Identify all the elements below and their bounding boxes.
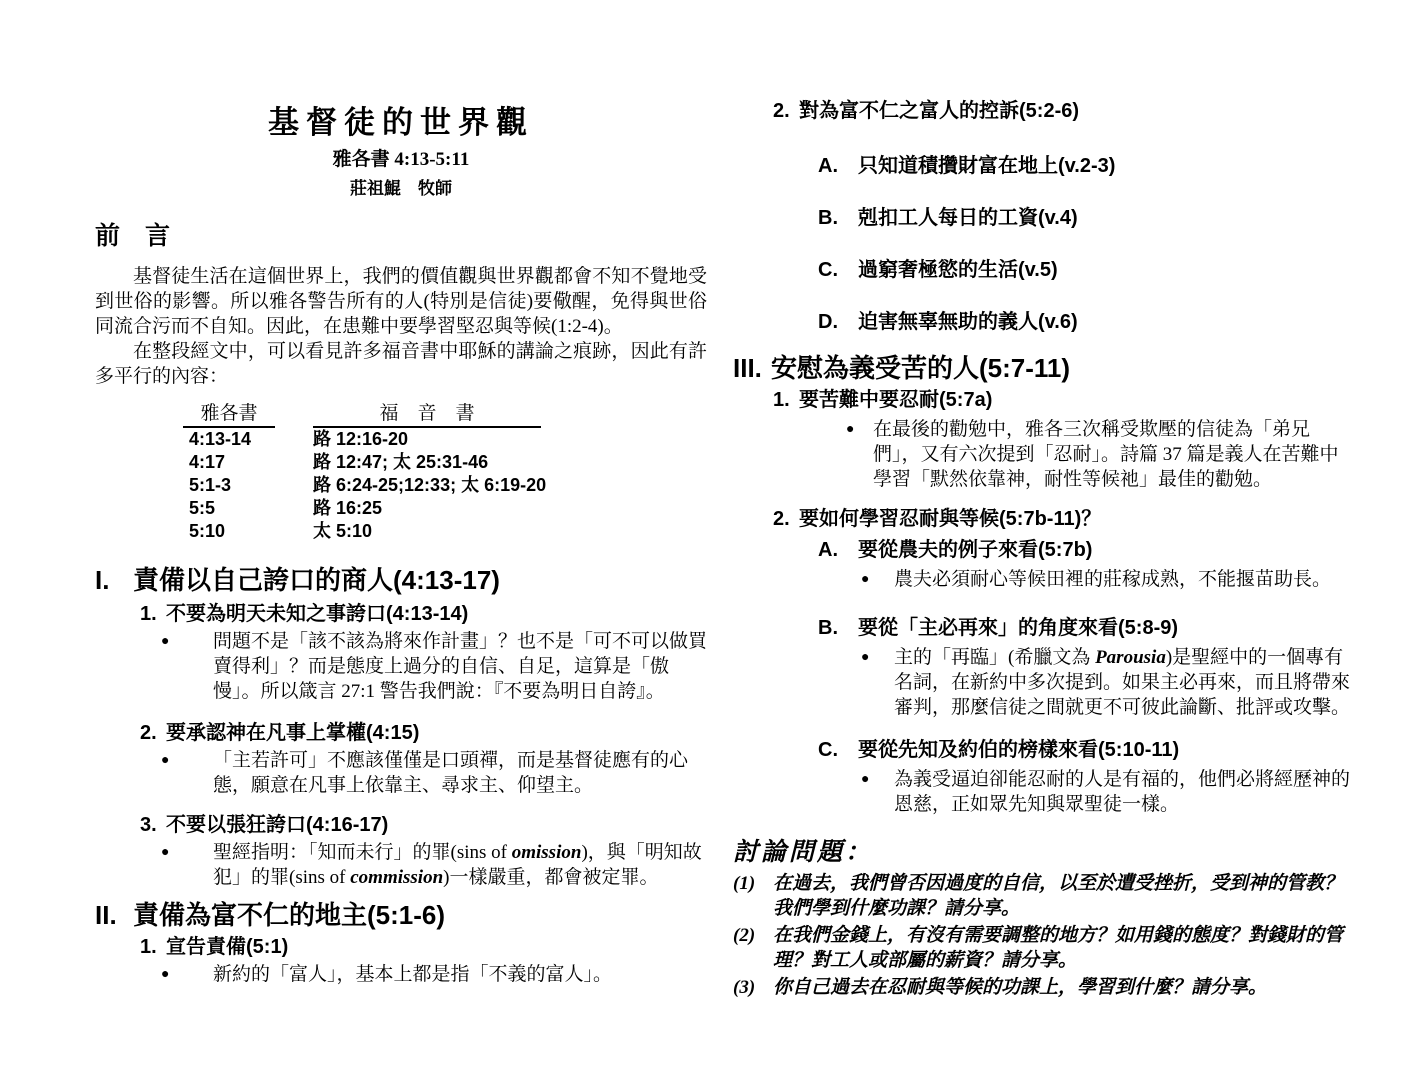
letter-label: C.: [818, 738, 858, 763]
gospel-ref: 路 12:47; 太 25:31-46: [313, 451, 553, 474]
letter-label: B.: [818, 206, 858, 231]
table-row: 4:13-14 路 12:16-20: [183, 428, 707, 451]
item-number: 1.: [140, 934, 166, 960]
section-3-title: 安慰為義受苦的人(5:7-11): [771, 353, 1070, 383]
bullet-text: 聖經指明：「知而未行」的罪(sins of omission)，與「明知故犯」的…: [213, 840, 707, 890]
item-title: 要承認神在凡事上掌權(4:15): [166, 720, 419, 746]
section-1-item-3-heading: 3. 不要以張狂誇口(4:16-17): [140, 812, 707, 838]
text-segment: 主的「再臨」(希臘文為: [894, 647, 1095, 668]
bullet-text: 農夫必須耐心等候田裡的莊稼成熟，不能揠苗助長。: [894, 567, 1351, 592]
accusation-item-d: D. 迫害無辜無助的義人(v.6): [818, 310, 1351, 335]
table-header-gospels: 福 音 書: [313, 403, 541, 428]
discussion-question-3: (3) 你自己過去在忍耐與等候的功課上，學習到什麼？請分享。: [733, 975, 1351, 1000]
item-title: 要如何學習忍耐與等候(5:7b-11)？: [799, 506, 1101, 532]
table-row: 5:10 太 5:10: [183, 520, 707, 543]
text-segment: )一樣嚴重，都會被定罪。: [443, 867, 658, 888]
discussion-question-2: (2) 在我們金錢上，有沒有需要調整的地方？如用錢的態度？對錢財的管理？對工人或…: [733, 923, 1351, 973]
table-row: 5:1-3 路 6:24-25;12:33; 太 6:19-20: [183, 474, 707, 497]
title-block: 基督徒的世界觀 雅各書 4:13-5:11 莊祖鯤 牧師: [95, 102, 707, 200]
section-1-item-2-heading: 2. 要承認神在凡事上掌權(4:15): [140, 720, 707, 746]
item-number: 1.: [773, 387, 799, 413]
patience-item-c-heading: C. 要從先知及約伯的榜樣來看(5:10-11): [818, 738, 1351, 763]
bullet-icon: ●: [161, 748, 213, 798]
bullet-text: 新約的「富人」，基本上都是指「不義的富人」。: [213, 962, 707, 987]
section-2-item-2-heading: 2. 對為富不仁之富人的控訴(5:2-6): [773, 98, 1351, 124]
discussion-question-1: (1) 在過去，我們曾否因過度的自信，以至於遭受挫折，受到神的管教？我們學到什麼…: [733, 871, 1351, 921]
item-number: 2.: [773, 98, 799, 124]
bullet-text: 問題不是「該不該為將來作計畫」？也不是「可不可以做買賣得利」？而是態度上過分的自…: [213, 629, 707, 704]
letter-text: 迫害無辜無助的義人(v.6): [858, 310, 1078, 335]
table-row: 4:17 路 12:47; 太 25:31-46: [183, 451, 707, 474]
page-title: 基督徒的世界觀: [95, 102, 707, 144]
letter-label: B.: [818, 616, 858, 641]
bullet-point: ● 為義受逼迫卻能忍耐的人是有福的，他們必將經歷神的恩慈，正如眾先知與眾聖徒一樣…: [861, 767, 1351, 817]
james-ref: 4:17: [183, 451, 275, 474]
bullet-point: ● 「主若許可」不應該僅僅是口頭禪，而是基督徒應有的心態，願意在凡事上依靠主、尋…: [161, 748, 707, 798]
james-ref: 5:1-3: [183, 474, 275, 497]
letter-label: D.: [818, 310, 858, 335]
letter-text: 只知道積攢財富在地上(v.2-3): [858, 154, 1115, 179]
item-title: 不要以張狂誇口(4:16-17): [166, 812, 388, 838]
preface-heading: 前 言: [95, 222, 707, 252]
letter-text: 過窮奢極慾的生活(v.5): [858, 258, 1058, 283]
question-text: 你自己過去在忍耐與等候的功課上，學習到什麼？請分享。: [773, 975, 1351, 1000]
item-number: 2.: [773, 506, 799, 532]
accusation-item-c: C. 過窮奢極慾的生活(v.5): [818, 258, 1351, 283]
bullet-point: ● 新約的「富人」，基本上都是指「不義的富人」。: [161, 962, 707, 987]
question-text: 在過去，我們曾否因過度的自信，以至於遭受挫折，受到神的管教？我們學到什麼功課？請…: [773, 871, 1351, 921]
bullet-icon: ●: [161, 962, 213, 987]
item-number: 3.: [140, 812, 166, 838]
james-ref: 4:13-14: [183, 428, 275, 451]
bullet-point: ● 問題不是「該不該為將來作計畫」？也不是「可不可以做買賣得利」？而是態度上過分…: [161, 629, 707, 704]
table-header-row: 雅各書 福 音 書: [183, 403, 707, 428]
bullet-icon: ●: [861, 567, 894, 592]
bullet-text: 在最後的勸勉中，雅各三次稱受欺壓的信徒為「弟兄們」，又有六次提到「忍耐」。詩篇 …: [873, 417, 1351, 492]
letter-label: A.: [818, 538, 858, 563]
gospel-ref: 路 12:16-20: [313, 428, 553, 451]
bullet-text: 「主若許可」不應該僅僅是口頭禪，而是基督徒應有的心態，願意在凡事上依靠主、尋求主…: [213, 748, 707, 798]
bullet-point: ● 主的「再臨」(希臘文為 Parousia)是聖經中的一個專有名詞，在新約中多…: [861, 645, 1351, 720]
section-2-title: 責備為富不仁的地主(5:1-6): [133, 900, 445, 930]
text-segment: 聖經指明：「知而未行」的罪(sins of: [213, 842, 512, 863]
bullet-text: 主的「再臨」(希臘文為 Parousia)是聖經中的一個專有名詞，在新約中多次提…: [894, 645, 1351, 720]
bullet-point: ● 農夫必須耐心等候田裡的莊稼成熟，不能揠苗助長。: [861, 567, 1351, 592]
bullet-point: ● 在最後的勸勉中，雅各三次稱受欺壓的信徒為「弟兄們」，又有六次提到「忍耐」。詩…: [846, 417, 1351, 492]
latin-term: commission: [350, 867, 443, 888]
letter-label: C.: [818, 258, 858, 283]
item-title: 對為富不仁之富人的控訴(5:2-6): [799, 98, 1079, 124]
bullet-text: 為義受逼迫卻能忍耐的人是有福的，他們必將經歷神的恩慈，正如眾先知與眾聖徒一樣。: [894, 767, 1351, 817]
table-header-james: 雅各書: [183, 403, 275, 428]
bullet-icon: ●: [861, 645, 894, 720]
bullet-icon: ●: [846, 417, 873, 492]
accusation-item-b: B. 剋扣工人每日的工資(v.4): [818, 206, 1351, 231]
question-number: (1): [733, 871, 773, 921]
james-ref: 5:10: [183, 520, 275, 543]
discussion-heading: 討論問題：: [733, 837, 1351, 867]
bullet-icon: ●: [861, 767, 894, 817]
preface-paragraph-1: 基督徒生活在這個世界上，我們的價值觀與世界觀都會不知不覺地受到世俗的影響。所以雅…: [95, 264, 707, 339]
section-2-heading: II. 責備為富不仁的地主(5:1-6): [95, 900, 707, 930]
section-1-number: I.: [95, 565, 125, 595]
section-1-item-1-heading: 1. 不要為明天未知之事誇口(4:13-14): [140, 601, 707, 627]
gospel-ref: 路 6:24-25;12:33; 太 6:19-20: [313, 474, 553, 497]
right-column: 2. 對為富不仁之富人的控訴(5:2-6) A. 只知道積攢財富在地上(v.2-…: [733, 96, 1351, 1000]
item-title: 宣告責備(5:1): [166, 934, 288, 960]
item-title: 要苦難中要忍耐(5:7a): [799, 387, 992, 413]
author-name: 莊祖鯤 牧師: [95, 178, 707, 200]
letter-title: 要從先知及約伯的榜樣來看(5:10-11): [858, 738, 1179, 763]
section-3-item-1-heading: 1. 要苦難中要忍耐(5:7a): [773, 387, 1351, 413]
latin-term: omission: [512, 842, 582, 863]
james-ref: 5:5: [183, 497, 275, 520]
item-title: 不要為明天未知之事誇口(4:13-14): [166, 601, 468, 627]
question-number: (3): [733, 975, 773, 1000]
section-2-number: II.: [95, 900, 125, 930]
left-column: 基督徒的世界觀 雅各書 4:13-5:11 莊祖鯤 牧師 前 言 基督徒生活在這…: [95, 96, 707, 987]
scripture-reference: 雅各書 4:13-5:11: [95, 148, 707, 172]
bullet-icon: ●: [161, 629, 213, 704]
gospel-ref: 太 5:10: [313, 520, 553, 543]
section-3-heading: III. 安慰為義受苦的人(5:7-11): [733, 353, 1351, 383]
letter-title: 要從農夫的例子來看(5:7b): [858, 538, 1092, 563]
parallel-passages-table: 雅各書 福 音 書 4:13-14 路 12:16-20 4:17 路 12:4…: [183, 403, 707, 543]
section-3-number: III.: [733, 353, 763, 383]
letter-text: 剋扣工人每日的工資(v.4): [858, 206, 1078, 231]
letter-title: 要從「主必再來」的角度來看(5:8-9): [858, 616, 1178, 641]
latin-term: Parousia: [1095, 647, 1166, 668]
item-number: 1.: [140, 601, 166, 627]
bullet-point: ● 聖經指明：「知而未行」的罪(sins of omission)，與「明知故犯…: [161, 840, 707, 890]
document-page: 基督徒的世界觀 雅各書 4:13-5:11 莊祖鯤 牧師 前 言 基督徒生活在這…: [0, 0, 1408, 1088]
question-number: (2): [733, 923, 773, 973]
gospel-ref: 路 16:25: [313, 497, 553, 520]
section-2-item-1-heading: 1. 宣告責備(5:1): [140, 934, 707, 960]
preface-paragraph-2: 在整段經文中，可以看見許多福音書中耶穌的講論之痕跡，因此有許多平行的內容：: [95, 339, 707, 389]
accusation-item-a: A. 只知道積攢財富在地上(v.2-3): [818, 154, 1351, 179]
patience-item-b-heading: B. 要從「主必再來」的角度來看(5:8-9): [818, 616, 1351, 641]
item-number: 2.: [140, 720, 166, 746]
section-1-heading: I. 責備以自己誇口的商人(4:13-17): [95, 565, 707, 595]
patience-item-a-heading: A. 要從農夫的例子來看(5:7b): [818, 538, 1351, 563]
question-text: 在我們金錢上，有沒有需要調整的地方？如用錢的態度？對錢財的管理？對工人或部屬的薪…: [773, 923, 1351, 973]
table-row: 5:5 路 16:25: [183, 497, 707, 520]
section-3-item-2-heading: 2. 要如何學習忍耐與等候(5:7b-11)？: [773, 506, 1351, 532]
section-1-title: 責備以自己誇口的商人(4:13-17): [133, 565, 500, 595]
letter-label: A.: [818, 154, 858, 179]
bullet-icon: ●: [161, 840, 213, 890]
